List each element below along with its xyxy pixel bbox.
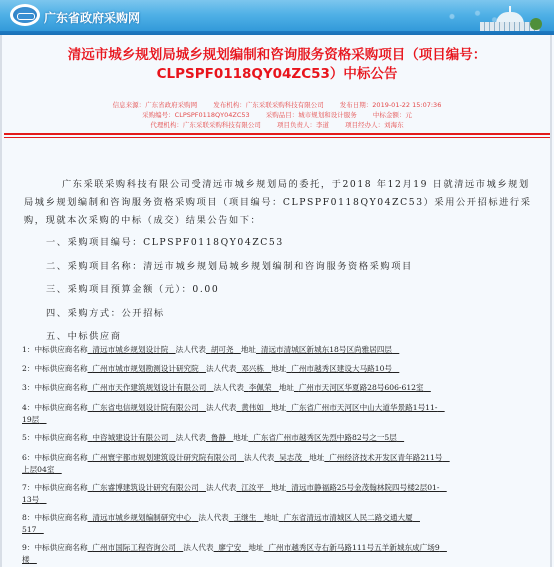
supplier-number: 5： [22,433,34,442]
category-label: 采购品目： [266,111,299,119]
supplier-name-label: 中标供应商名称 [34,364,87,373]
supplier-addr-label: 地址 [241,345,256,354]
supplier-row: 3：中标供应商名称 广州市天作建筑规划设计有限公司 法人代表 李佩荣 地址 广州… [22,382,502,394]
date-label: 发布日期： [340,101,373,109]
supplier-address: 广州市越秀区寺右新马路111号五羊新城东成广场9 [264,543,447,552]
supplier-name-label: 中标供应商名称 [34,483,87,492]
title-divider-thick [4,133,550,135]
agency-value: 广东采联采购科技有限公司 [183,121,261,129]
supplier-rep-label: 法人代表 [183,543,213,552]
supplier-addr-label: 地址 [309,453,324,462]
supplier-row: 6：中标供应商名称 广州寰宇都市规划建筑设计研究院有限公司 法人代表 吴志茂 地… [22,452,502,476]
category-value: 城市规划和设计服务 [298,111,357,119]
supplier-addr-label: 地址 [271,403,286,412]
supplier-rep: 黄伟如 [236,403,271,412]
supplier-addr-label: 地址 [271,483,286,492]
supplier-number: 9： [22,543,34,552]
manager-label: 项目负责人： [277,121,316,129]
supplier-number: 1： [22,345,34,354]
supplier-number: 6： [22,453,34,462]
amount-label: 中标金额： [373,111,406,119]
supplier-row: 4：中标供应商名称 广东省电信规划设计院有限公司 法人代表 黄伟如 地址 广东省… [22,402,502,426]
supplier-name-label: 中标供应商名称 [34,513,87,522]
supplier-name-label: 中标供应商名称 [34,345,87,354]
supplier-name: 广州市城市规划勘测设计研究院 [88,364,206,373]
supplier-name: 清远市城乡规划设计院 [88,345,176,354]
supplier-rep: 鲁静 [206,433,233,442]
intro-line-1: 广东采联采购科技有限公司受清远市城乡规划局的委托，于2018 年12月19 日就… [24,176,536,194]
supplier-rep: 邓兴栋 [236,364,271,373]
supplier-row: 8：中标供应商名称 清远市城乡规划编制研究中心 法人代表 王继生 地址 广东省清… [22,512,502,536]
item-project-name: 二、采购项目名称：清远市城乡规划局城乡规划编制和咨询服务资格采购项目 [46,260,526,284]
supplier-rep-label: 法人代表 [214,383,244,392]
supplier-address-cont: 517 [22,525,44,534]
supplier-rep-label: 法人代表 [176,433,206,442]
supplier-rep: 胡可尧 [206,345,241,354]
supplier-row: 9：中标供应商名称 广州市国际工程咨询公司 法人代表 廖宁安 地址 广州市越秀区… [22,542,502,566]
meta-row-1: 信息来源：广东省政府采购网 发布机构：广东采联采购科技有限公司 发布日期：201… [0,100,554,110]
supplier-row: 2：中标供应商名称 广州市城市规划勘测设计研究院 法人代表 邓兴栋 地址 广州市… [22,363,502,375]
supplier-address: 广州市越秀区建设大马路10号 [286,364,399,373]
announcement-title: 清远市城乡规划局城乡规划编制和咨询服务资格采购项目（项目编号： CLPSPF01… [0,46,554,84]
supplier-addr-label: 地址 [279,383,294,392]
supplier-name-label: 中标供应商名称 [34,433,87,442]
intro-line-3: 购，现就本次采购的中标（成交）结果公告如下： [24,212,536,230]
handler-value: 刘海东 [384,121,404,129]
title-line-1: 清远市城乡规划局城乡规划编制和咨询服务资格采购项目（项目编号： [0,46,554,65]
supplier-name-label: 中标供应商名称 [34,403,87,412]
supplier-rep-label: 法人代表 [206,483,236,492]
title-line-2: CLPSPF0118QY04ZC53）中标公告 [0,65,554,84]
supplier-name-label: 中标供应商名称 [34,543,87,552]
supplier-address: 清远市清城区新城东18号区尚雅居四层 [256,345,399,354]
building-illustration-icon [480,10,540,32]
supplier-number: 7： [22,483,34,492]
supplier-addr-label: 地址 [233,433,248,442]
item-project-number: 一、采购项目编号：CLPSPF0118QY04ZC53 [46,236,526,260]
supplier-name: 广州市天作建筑规划设计有限公司 [88,383,214,392]
supplier-row: 1：中标供应商名称 清远市城乡规划设计院 法人代表 胡可尧 地址 清远市清城区新… [22,344,502,356]
supplier-name: 广东睿博建筑设计研究有限公司 [88,483,206,492]
site-header: 广东省政府采购网 [0,0,554,33]
supplier-address-cont: 13号 [22,495,47,504]
project-items: 一、采购项目编号：CLPSPF0118QY04ZC53 二、采购项目名称：清远市… [46,236,526,354]
supplier-address: 广东省广州市天河区中山大道华景路1号11- [286,403,444,412]
title-divider-thin [4,137,550,138]
date-value: 2019-01-22 15:07:36 [372,101,441,109]
announcement-meta: 信息来源：广东省政府采购网 发布机构：广东采联采购科技有限公司 发布日期：201… [0,100,554,130]
site-logo-icon[interactable] [10,4,40,26]
supplier-rep-label: 法人代表 [198,513,228,522]
supplier-address: 广州市天河区华夏路28号606-612室 [294,383,431,392]
supplier-name-label: 中标供应商名称 [34,453,87,462]
supplier-address-cont: 上层04室 [22,465,62,474]
site-name[interactable]: 广东省政府采购网 [44,9,140,26]
supplier-number: 4： [22,403,34,412]
supplier-rep: 江汝平 [236,483,271,492]
publisher-label: 发布机构： [213,101,246,109]
supplier-address: 清远市静福路25号金茂翰林院四号楼2层01- [286,483,446,492]
supplier-rep: 王继生 [229,513,264,522]
amount-value: 元 [405,111,412,119]
supplier-name: 广州市国际工程咨询公司 [88,543,184,552]
agency-label: 代理机构： [150,121,183,129]
supplier-addr-label: 地址 [264,513,279,522]
purchase-no-label: 采购编号： [142,111,175,119]
publisher-value: 广东采联采购科技有限公司 [246,101,324,109]
item-budget: 三、采购项目预算金额（元）：0.00 [46,283,526,307]
supplier-name: 广州寰宇都市规划建筑设计研究院有限公司 [88,453,244,462]
supplier-rep: 吴志茂 [274,453,309,462]
supplier-addr-label: 地址 [271,364,286,373]
supplier-number: 3： [22,383,34,392]
supplier-name-label: 中标供应商名称 [34,383,87,392]
source-label: 信息来源： [113,101,146,109]
supplier-rep: 廖宁安 [214,543,249,552]
intro-paragraph: 广东采联采购科技有限公司受清远市城乡规划局的委托，于2018 年12月19 日就… [24,176,536,230]
supplier-rep-label: 法人代表 [206,364,236,373]
handler-label: 项目经办人： [345,121,384,129]
item-method: 四、采购方式：公开招标 [46,307,526,331]
intro-line-2: 局城乡规划编制和咨询服务资格采购项目（项目编号：CLPSPF0118QY04ZC… [24,194,536,212]
supplier-rep-label: 法人代表 [206,403,236,412]
source-value: 广东省政府采购网 [145,101,197,109]
supplier-rep-label: 法人代表 [244,453,274,462]
supplier-address: 广东省广州市越秀区先烈中路82号之一5层 [248,433,404,442]
purchase-no-value: CLPSPF0118QY04ZC53 [175,111,250,119]
supplier-number: 2： [22,364,34,373]
meta-row-2: 采购编号：CLPSPF0118QY04ZC53 采购品目：城市规划和设计服务 中… [0,110,554,120]
supplier-address-cont: 19层 [22,415,47,424]
supplier-name: 清远市城乡规划编制研究中心 [88,513,199,522]
meta-row-3: 代理机构：广东采联采购科技有限公司 项目负责人：李道 项目经办人：刘海东 [0,120,554,130]
supplier-rep: 李佩荣 [244,383,279,392]
supplier-row: 5：中标供应商名称 中咨城建设计有限公司 法人代表 鲁静 地址 广东省广州市越秀… [22,432,502,444]
supplier-address-cont: 楼 [22,555,37,564]
supplier-rep-label: 法人代表 [176,345,206,354]
supplier-address: 广州经济技术开发区青年路211号 [324,453,449,462]
supplier-name: 广东省电信规划设计院有限公司 [88,403,206,412]
supplier-name: 中咨城建设计有限公司 [88,433,176,442]
manager-value: 李道 [316,121,329,129]
supplier-address: 广东省清远市清城区人民二路交通大厦 [279,513,420,522]
supplier-number: 8： [22,513,34,522]
supplier-row: 7：中标供应商名称 广东睿博建筑设计研究有限公司 法人代表 江汝平 地址 清远市… [22,482,502,506]
supplier-addr-label: 地址 [248,543,263,552]
